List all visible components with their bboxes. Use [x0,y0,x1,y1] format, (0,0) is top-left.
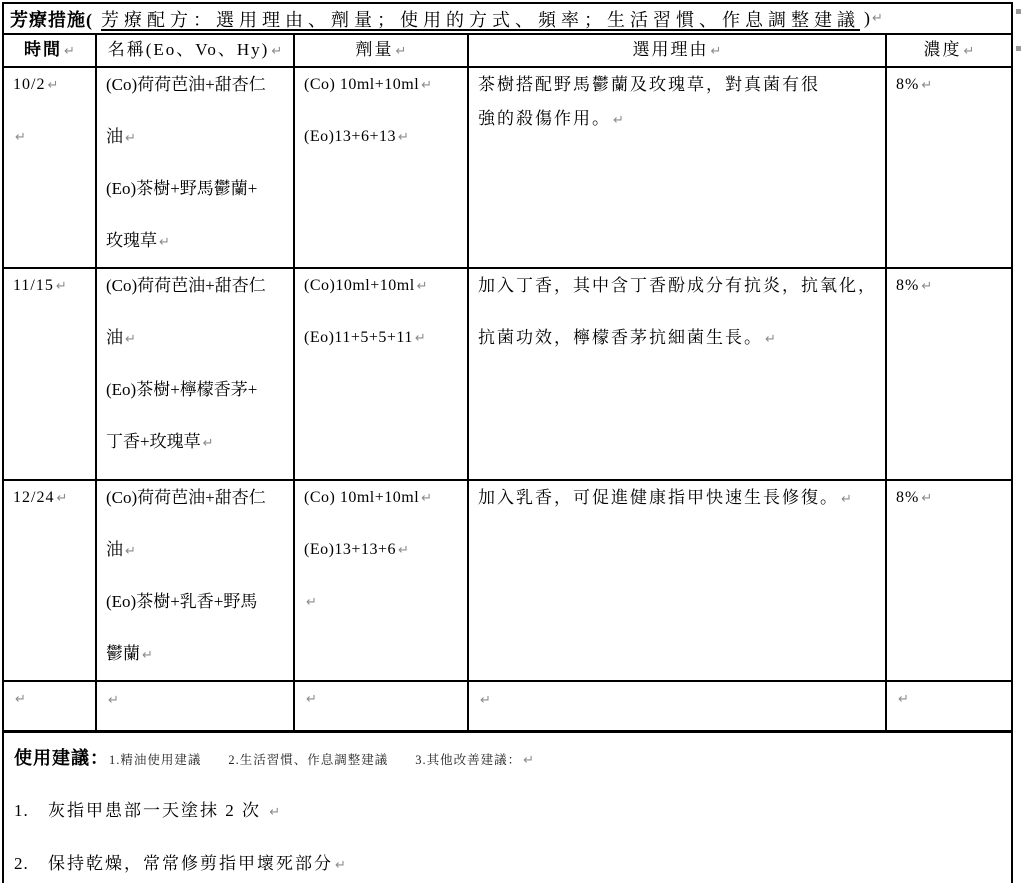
end-of-row-mark-icon [1016,46,1021,51]
header-dose[interactable]: 劑量↵ [295,35,469,66]
document-page: 芳療措施( 芳療配方：選用理由、劑量；使用的方式、頻率；生活習慣、作息調整建議 … [0,0,1024,883]
paragraph-mark-icon: ↵ [108,693,119,708]
table-row-empty: ↵ ↵ ↵ ↵ ↵ [4,682,1011,732]
paragraph-mark-icon: ↵ [125,332,136,347]
paragraph-mark-icon: ↵ [921,78,932,93]
paragraph-mark-icon: ↵ [841,492,852,507]
table-header-row: 時間↵ 名稱(Eo、Vo、Hy)↵ 劑量↵ 選用理由↵ 濃度↵ [4,35,1011,68]
paragraph-mark-icon: ↵ [269,805,280,820]
paragraph-mark-icon: ↵ [271,44,282,59]
cell-dose-3[interactable]: (Co) 10ml+10ml↵(Eo)13+13+6↵↵ [295,481,469,680]
paragraph-mark-icon: ↵ [613,113,624,128]
advice-item-text: 保持乾燥，常常修剪指甲壞死部分↵ [48,853,346,877]
title-underlined-text: 芳療配方：選用理由、劑量；使用的方式、頻率；生活習慣、作息調整建議 [101,6,860,32]
header-reason[interactable]: 選用理由↵ [469,35,887,66]
cell-time-3[interactable]: 12/24↵ [4,481,97,680]
table-row: 11/15↵ (Co)荷荷芭油+甜杏仁油↵(Eo)茶樹+檸檬香茅+丁香+玫瑰草↵… [4,269,1011,481]
cell-reason-empty[interactable]: ↵ [469,682,887,730]
paragraph-mark-icon: ↵ [396,44,407,59]
header-name[interactable]: 名稱(Eo、Vo、Hy)↵ [97,35,295,66]
paragraph-mark-icon: ↵ [964,44,975,59]
usage-advice-section[interactable]: 使用建議： 1.精油使用建議 2.生活習慣、作息調整建議 3.其他改善建議： ↵… [4,732,1011,883]
paragraph-mark-icon: ↵ [47,78,58,93]
advice-item-number: 2. [14,853,48,877]
advice-item-number: 1. [14,800,48,824]
table-title-row: 芳療措施( 芳療配方：選用理由、劑量；使用的方式、頻率；生活習慣、作息調整建議 … [4,4,1011,35]
table-row: 10/2↵↵ (Co)荷荷芭油+甜杏仁油↵(Eo)茶樹+野馬鬱蘭+玫瑰草↵ (C… [4,68,1011,269]
header-time[interactable]: 時間↵ [4,35,97,66]
paragraph-mark-icon: ↵ [125,544,136,559]
paragraph-mark-icon: ↵ [335,858,346,873]
paragraph-mark-icon: ↵ [872,11,883,26]
cell-name-2[interactable]: (Co)荷荷芭油+甜杏仁油↵(Eo)茶樹+檸檬香茅+丁香+玫瑰草↵ [97,269,295,479]
title-bold-text: 芳療措施( [10,6,93,32]
paragraph-mark-icon: ↵ [921,279,932,294]
paragraph-mark-icon: ↵ [480,693,491,708]
cell-dose-empty[interactable]: ↵ [295,682,469,730]
cell-name-empty[interactable]: ↵ [97,682,295,730]
table-row: 12/24↵ (Co)荷荷芭油+甜杏仁油↵(Eo)茶樹+乳香+野馬鬱蘭↵ (Co… [4,481,1011,682]
cell-time-1[interactable]: 10/2↵↵ [4,68,97,267]
cell-concentration-2[interactable]: 8%↵ [887,269,1011,479]
paragraph-mark-icon: ↵ [417,279,428,294]
cell-reason-1[interactable]: 茶樹搭配野馬鬱蘭及玫瑰草，對真菌有很強的殺傷作用。↵ [469,68,887,267]
cell-dose-2[interactable]: (Co)10ml+10ml↵(Eo)11+5+5+11↵ [295,269,469,479]
header-concentration[interactable]: 濃度↵ [887,35,1011,66]
paragraph-mark-icon: ↵ [421,78,432,93]
paragraph-mark-icon: ↵ [56,491,67,506]
cell-reason-2[interactable]: 加入丁香，其中含丁香酚成分有抗炎，抗氧化，抗菌功效，檸檬香茅抗細菌生長。↵ [469,269,887,479]
paragraph-mark-icon: ↵ [15,130,26,145]
title-close-paren: ) [864,8,870,29]
paragraph-mark-icon: ↵ [306,692,317,707]
paragraph-mark-icon: ↵ [64,44,75,59]
paragraph-mark-icon: ↵ [523,753,534,768]
usage-advice-options: 1.精油使用建議 2.生活習慣、作息調整建議 3.其他改善建議： [109,750,521,768]
paragraph-mark-icon: ↵ [203,436,214,451]
cell-concentration-empty[interactable]: ↵ [887,682,1011,730]
paragraph-mark-icon: ↵ [398,130,409,145]
paragraph-mark-icon: ↵ [921,491,932,506]
paragraph-mark-icon: ↵ [398,543,409,558]
paragraph-mark-icon: ↵ [142,648,153,663]
cell-name-3[interactable]: (Co)荷荷芭油+甜杏仁油↵(Eo)茶樹+乳香+野馬鬱蘭↵ [97,481,295,680]
cell-reason-3[interactable]: 加入乳香，可促進健康指甲快速生長修復。↵ [469,481,887,680]
paragraph-mark-icon: ↵ [15,692,26,707]
cell-time-2[interactable]: 11/15↵ [4,269,97,479]
cell-concentration-1[interactable]: 8%↵ [887,68,1011,267]
paragraph-mark-icon: ↵ [415,331,426,346]
usage-advice-label: 使用建議： [14,744,109,770]
paragraph-mark-icon: ↵ [765,332,776,347]
advice-list-item[interactable]: 1. 灰指甲患部一天塗抹 2 次 ↵ [14,800,1011,824]
advice-item-text: 灰指甲患部一天塗抹 2 次 ↵ [48,800,280,824]
paragraph-mark-icon: ↵ [711,44,722,59]
end-of-row-mark-icon [1016,9,1021,14]
paragraph-mark-icon: ↵ [898,692,909,707]
paragraph-mark-icon: ↵ [421,491,432,506]
cell-time-empty[interactable]: ↵ [4,682,97,730]
paragraph-mark-icon: ↵ [125,131,136,146]
paragraph-mark-icon: ↵ [306,595,317,610]
paragraph-mark-icon: ↵ [159,235,170,250]
aromatherapy-table: 芳療措施( 芳療配方：選用理由、劑量；使用的方式、頻率；生活習慣、作息調整建議 … [2,2,1013,883]
cell-name-1[interactable]: (Co)荷荷芭油+甜杏仁油↵(Eo)茶樹+野馬鬱蘭+玫瑰草↵ [97,68,295,267]
table-title-cell[interactable]: 芳療措施( 芳療配方：選用理由、劑量；使用的方式、頻率；生活習慣、作息調整建議 … [4,4,1011,33]
cell-dose-1[interactable]: (Co) 10ml+10ml↵(Eo)13+6+13↵ [295,68,469,267]
paragraph-mark-icon: ↵ [56,279,67,294]
cell-concentration-3[interactable]: 8%↵ [887,481,1011,680]
usage-advice-heading: 使用建議： 1.精油使用建議 2.生活習慣、作息調整建議 3.其他改善建議： ↵ [14,744,1011,770]
advice-list-item[interactable]: 2. 保持乾燥，常常修剪指甲壞死部分↵ [14,853,1011,877]
